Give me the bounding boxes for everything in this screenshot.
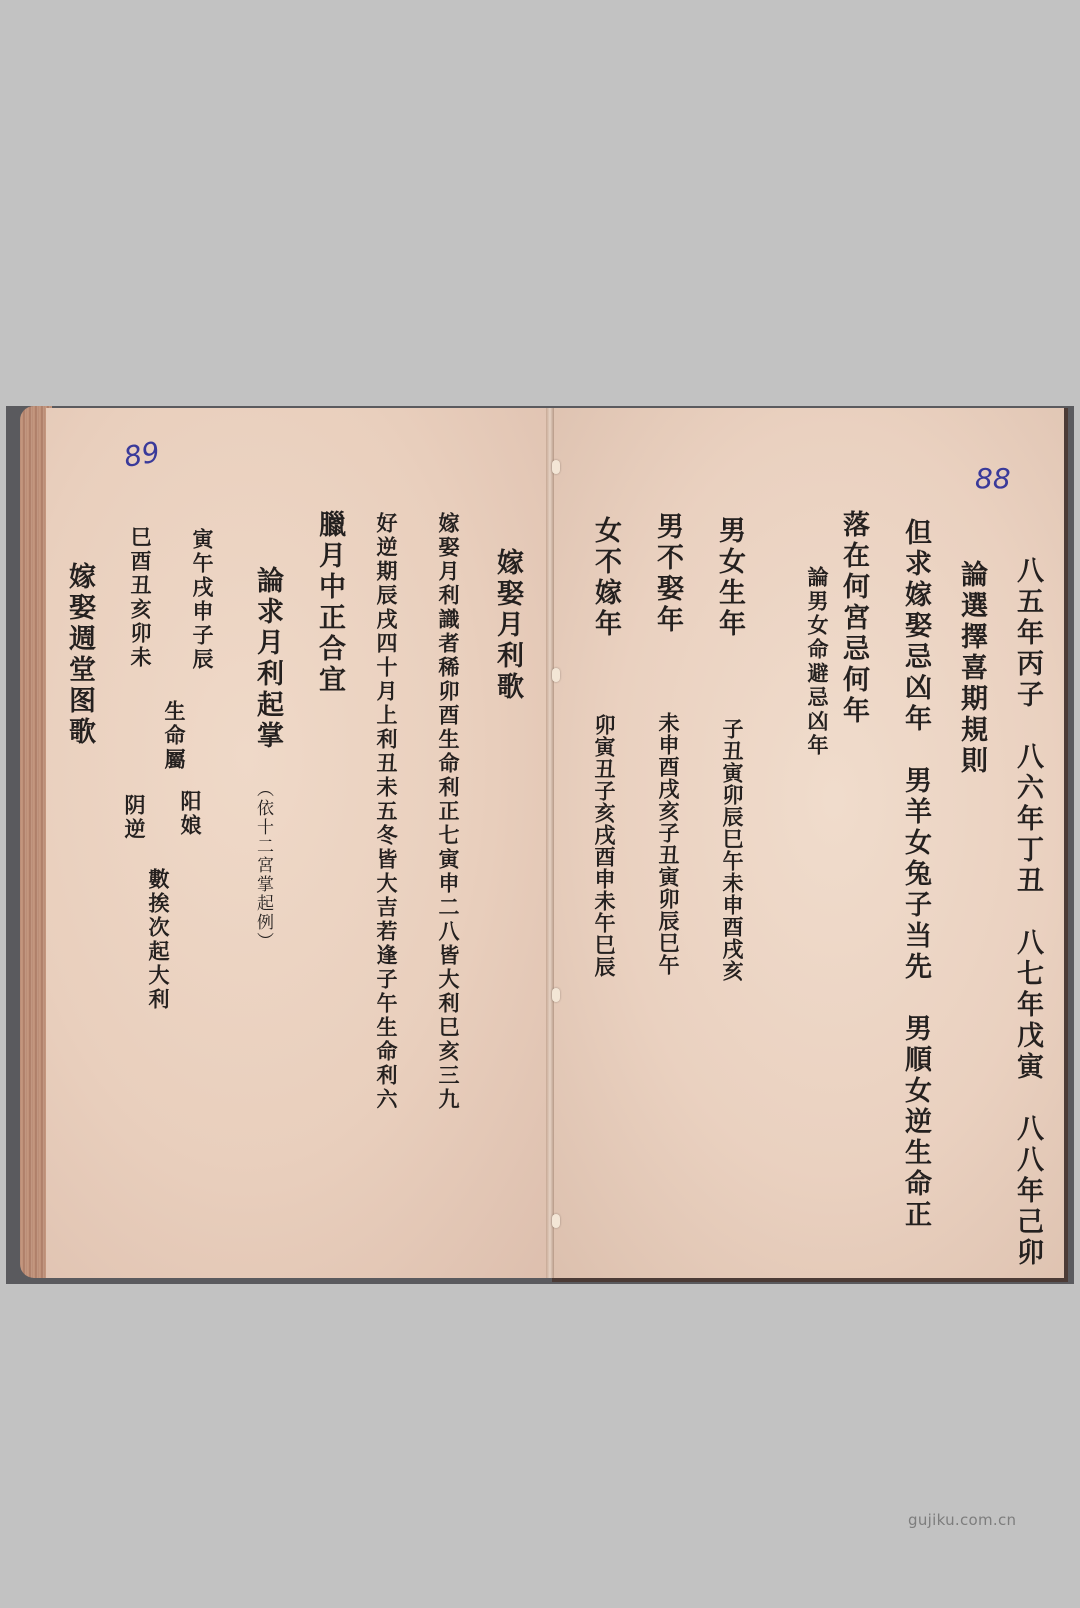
left-page bbox=[46, 408, 550, 1278]
section-heading: 論選擇喜期規則 bbox=[958, 560, 985, 777]
text-column: 數挨次起大利 bbox=[148, 868, 169, 1012]
table-row-values: 卯寅丑子亥戌酉申未午巳辰 bbox=[594, 714, 615, 978]
table-row-values: 未申酉戌亥子丑寅卯辰巳午 bbox=[658, 712, 679, 976]
text-column: 生命屬 bbox=[164, 700, 185, 772]
book-gutter bbox=[546, 408, 554, 1278]
text-column: 巳酉丑亥卯未 bbox=[130, 526, 151, 670]
text-column: 八五年丙子 八六年丁丑 八七年戊寅 八八年己卯 bbox=[1014, 556, 1041, 1269]
text-column: 落在何宮忌何年 bbox=[840, 510, 867, 727]
table-row-label: 男不娶年 bbox=[654, 512, 681, 636]
binding-stitch bbox=[552, 460, 560, 474]
text-column: 阳娘 bbox=[180, 790, 201, 838]
table-row-values: 子丑寅卯辰巳午未申酉戌亥 bbox=[722, 718, 743, 982]
table-row-label: 女不嫁年 bbox=[592, 516, 619, 640]
text-column: 阴逆 bbox=[124, 794, 145, 842]
right-page bbox=[552, 408, 1068, 1282]
section-heading: 論男女命避忌凶年 bbox=[776, 566, 828, 758]
text-column: 但求嫁娶忌凶年 男羊女兔子当先 男順女逆生命正 bbox=[902, 518, 929, 1231]
site-watermark: gujiku.com.cn bbox=[908, 1511, 1016, 1529]
binding-stitch bbox=[552, 988, 560, 1002]
page-number-left: 89 bbox=[121, 435, 162, 474]
text-column: 寅午戌申子辰 bbox=[192, 528, 213, 672]
section-heading: 嫁娶週堂图歌 bbox=[66, 562, 93, 748]
text-column: 嫁娶月利識者稀卯酉生命利正七寅申二八皆大利巳亥三九 bbox=[438, 512, 459, 1112]
text-column: 好逆期辰戌四十月上利丑未五冬皆大吉若逢子午生命利六 bbox=[376, 512, 397, 1112]
annotation-note: （依十二宮掌起例） bbox=[254, 780, 271, 951]
page-number-right: 88 bbox=[975, 462, 1011, 495]
binding-stitch bbox=[552, 1214, 560, 1228]
binding-stitch bbox=[552, 668, 560, 682]
table-row-label: 男女生年 bbox=[716, 516, 743, 640]
section-heading: 論求月利起掌 bbox=[254, 566, 281, 752]
section-heading: 嫁娶月利歌 bbox=[494, 548, 521, 703]
text-column: 臘月中正合宜 bbox=[316, 510, 343, 696]
